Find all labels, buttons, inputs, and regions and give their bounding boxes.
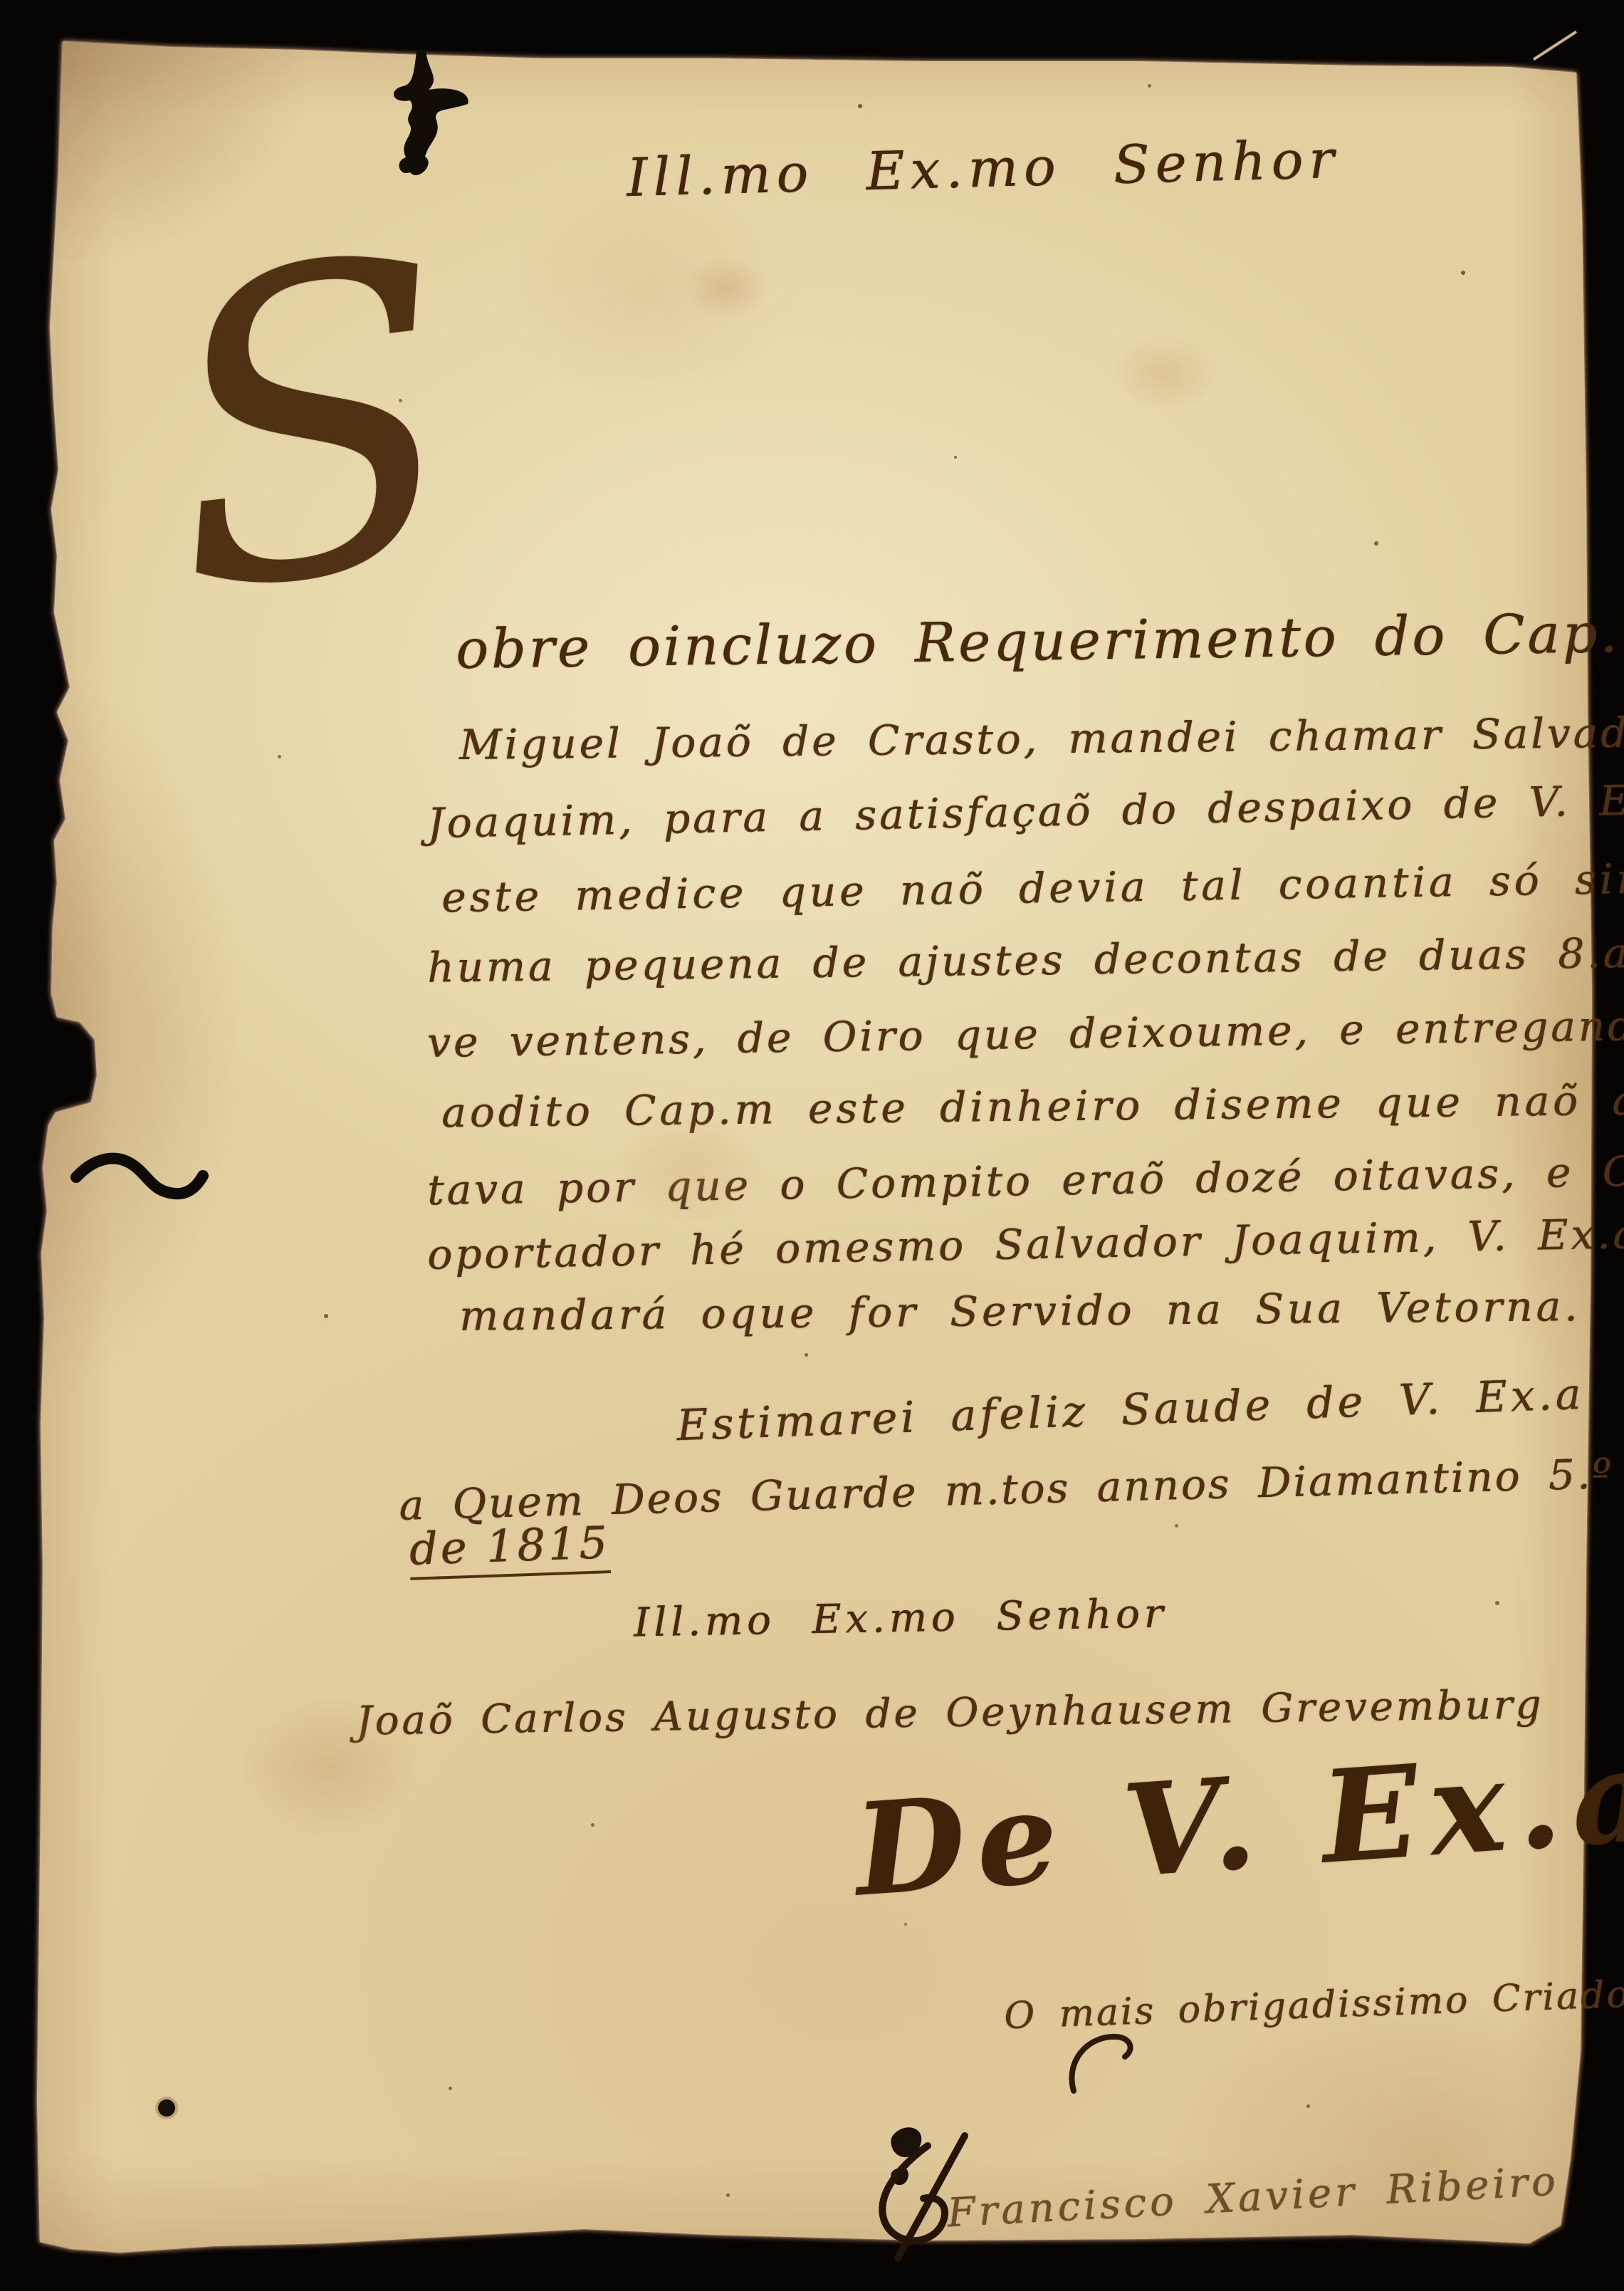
foxing-stain	[235, 1695, 420, 1837]
letter-line: Miguel Joaõ de Crasto, mandei chamar Sal…	[459, 711, 1624, 766]
ink-squiggle-left	[68, 1143, 210, 1214]
ink-speck	[591, 1823, 594, 1827]
date-line: de 1815	[409, 1520, 611, 1580]
foxing-stain	[612, 1111, 769, 1225]
ink-speck	[1148, 84, 1151, 88]
address-salutation: Ill.mo Ex.mo Senhor	[634, 1594, 1168, 1643]
ink-speck	[954, 456, 957, 459]
ink-speck	[726, 2193, 730, 2197]
ink-speck	[1306, 2104, 1310, 2108]
opening-line: obre oincluzo Requerimento do Cap.m	[456, 605, 1624, 677]
ink-speck	[278, 755, 281, 758]
ink-speck	[449, 2087, 452, 2090]
ink-speck	[805, 1353, 808, 1357]
ink-speck	[904, 1923, 907, 1926]
ink-speck	[1374, 541, 1378, 546]
letter-line: mandará oque for Servido na Sua Vetorna.	[459, 1285, 1581, 1337]
ink-speck	[1461, 271, 1465, 275]
foxing-stain	[1111, 335, 1217, 413]
rubric-flourish	[858, 2126, 990, 2268]
wormhole	[158, 2099, 175, 2117]
foxing-stain	[683, 256, 769, 320]
pen-swash	[1062, 2028, 1144, 2103]
scanned-letter-photo: Ill.mo Ex.mo Senhor S obre oincluzo Requ…	[0, 0, 1624, 2291]
ink-speck	[324, 1314, 328, 1318]
ink-speck	[1175, 1524, 1178, 1528]
ink-speck	[1495, 1601, 1499, 1605]
opening-initial-flourish: S	[143, 202, 480, 654]
ink-speck	[399, 399, 402, 402]
letter-line: aodito Cap.m este dinheiro diseme que na…	[441, 1079, 1624, 1134]
ink-speck	[858, 104, 862, 108]
ink-blot-top	[384, 51, 481, 194]
